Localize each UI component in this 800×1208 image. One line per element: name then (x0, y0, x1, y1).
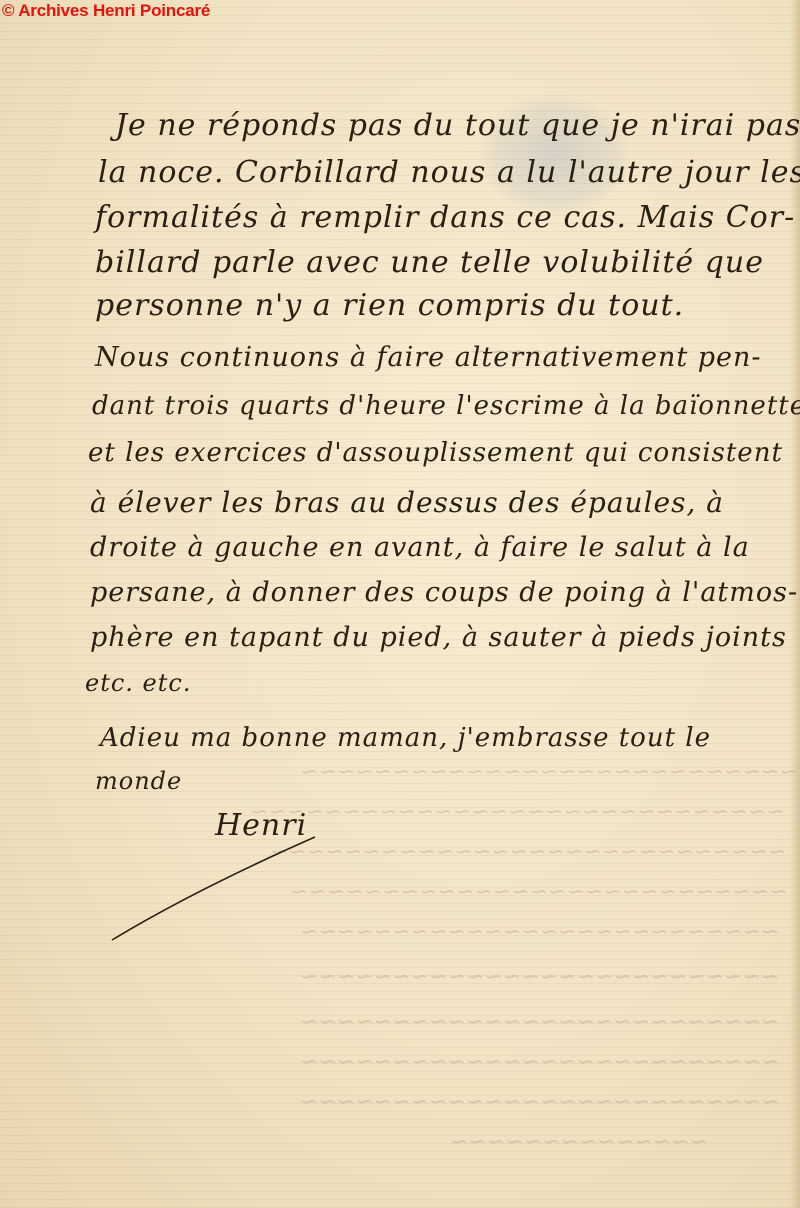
letter-line: etc. etc. (85, 665, 191, 701)
letter-line: Nous continuons à faire alternativement … (95, 340, 762, 376)
letter-line: formalités à remplir dans ce cas. Mais C… (95, 200, 795, 236)
signature-flourish (110, 835, 320, 945)
letter-line: à élever les bras au dessus des épaules,… (90, 485, 724, 521)
letter-line: billard parle avec une telle volubilité … (95, 245, 764, 281)
bleed-through-text: ~~~~~~~~~~~~~~~~~~~~~~~~~~ (300, 920, 779, 946)
bleed-through-text: ~~~~~~~~~~~~~~ (450, 1130, 708, 1156)
bleed-through-text: ~~~~~~~~~~~~~~~~~~~~~~~~~~ (300, 965, 779, 991)
bleed-through-text: ~~~~~~~~~~~~~~~~~~~~~~~~~~~ (290, 880, 788, 906)
letter-line: dant trois quarts d'heure l'escrime à la… (92, 388, 800, 424)
letter-line: phère en tapant du pied, à sauter à pied… (90, 620, 787, 656)
letter-line: et les exercices d'assouplissement qui c… (88, 435, 783, 471)
bleed-through-text: ~~~~~~~~~~~~~~~~~~~~~~~~~~~~ (270, 840, 786, 866)
copyright-notice: © Archives Henri Poincaré (2, 1, 210, 21)
letter-closing-line: Adieu ma bonne maman, j'embrasse tout le (100, 720, 711, 756)
letter-closing-line: monde (95, 763, 182, 799)
letter-line: persane, à donner des coups de poing à l… (90, 575, 798, 611)
letter-line: Je ne réponds pas du tout que je n'irai … (115, 108, 800, 144)
bleed-through-text: ~~~~~~~~~~~~~~~~~~~~~~~~~~ (300, 1090, 779, 1116)
letter-line: droite à gauche en avant, à faire le sal… (90, 530, 750, 566)
letter-line: personne n'y a rien compris du tout. (95, 288, 684, 324)
bleed-through-text: ~~~~~~~~~~~~~~~~~~~~~~~~~~~ (300, 760, 798, 786)
bleed-through-text: ~~~~~~~~~~~~~~~~~~~~~~~~~~ (300, 1010, 779, 1036)
bleed-through-text: ~~~~~~~~~~~~~~~~~~~~~~~~~~ (300, 1050, 779, 1076)
letter-line: la noce. Corbillard nous a lu l'autre jo… (98, 155, 800, 191)
bleed-through-text: ~~~~~~~~~~~~~~~~~~~~~~~~~~~~~ (250, 800, 785, 826)
